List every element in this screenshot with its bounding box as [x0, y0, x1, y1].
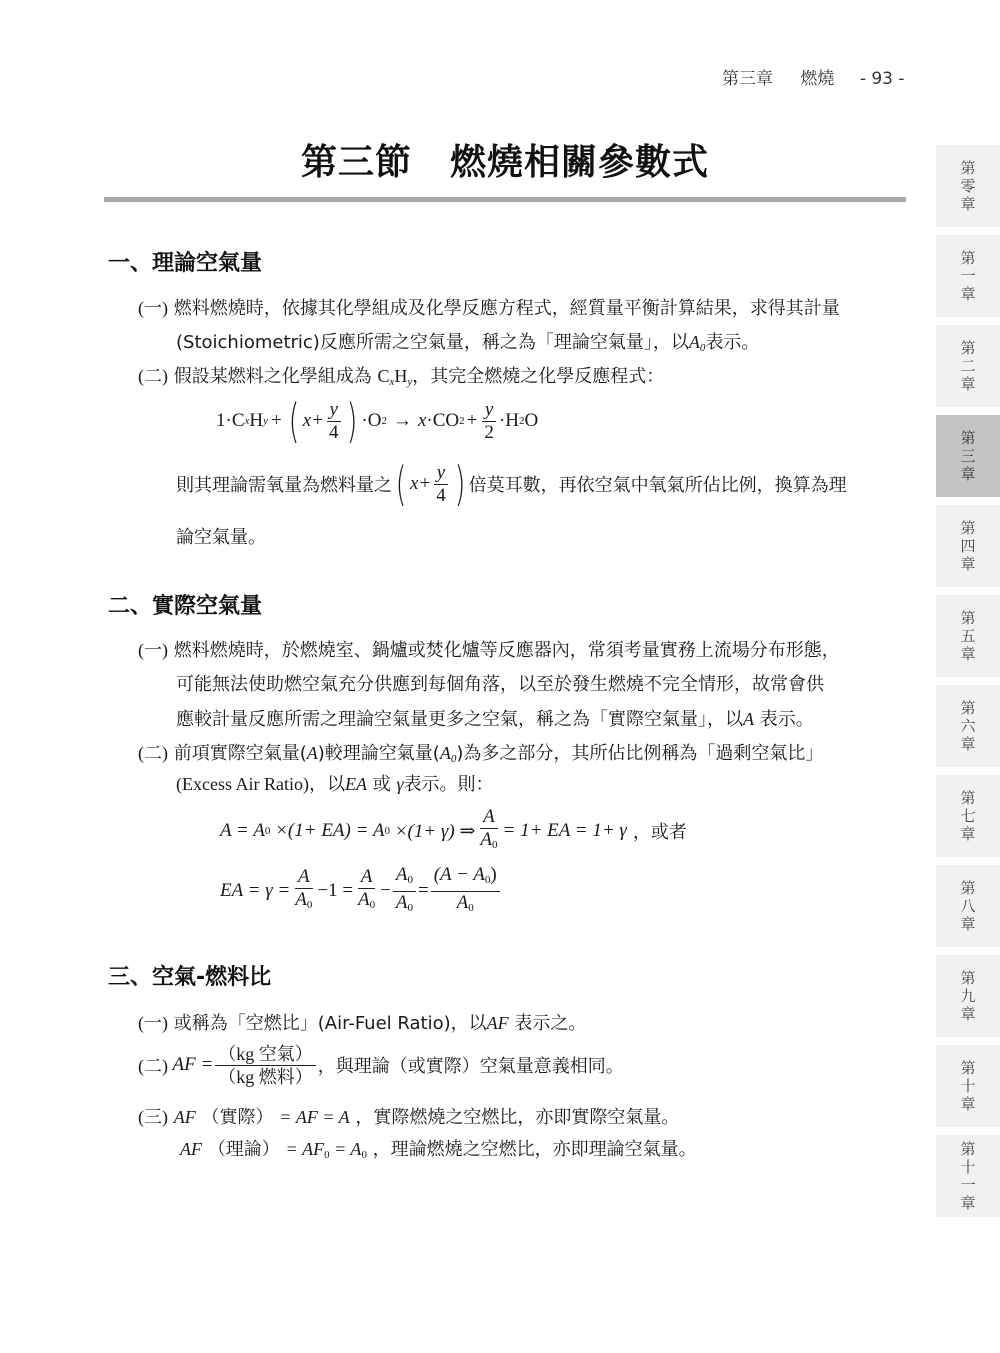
tab-chapter-8[interactable]: 第八章	[936, 865, 1000, 947]
section-number: 第三節	[301, 142, 412, 183]
heading-air-fuel-ratio: 三、空氣-燃料比	[108, 960, 271, 991]
tab-chapter-11[interactable]: 第十一章	[936, 1135, 1000, 1217]
paragraph-2-2-line1: (二) 前項實際空氣量(A)較理論空氣量(A0)為多之部分，其所佔比例稱為「過剩…	[138, 743, 823, 769]
paragraph-3-2: (二) AF = （kg 空氣）（kg 燃料） ，與理論（或實際）空氣量意義相同…	[138, 1038, 624, 1092]
paragraph-2-1-line3: 應較計量反應所需之理論空氣量更多之空氣，稱之為「實際空氣量」，以A 表示。	[176, 709, 814, 730]
left-paren: (	[396, 457, 407, 511]
tab-chapter-3[interactable]: 第三章	[936, 415, 1000, 497]
tab-chapter-1[interactable]: 第一章	[936, 235, 1000, 317]
tab-chapter-2[interactable]: 第二章	[936, 325, 1000, 407]
paragraph-1-2-text-end: 論空氣量。	[176, 528, 266, 548]
right-paren: )	[454, 457, 465, 511]
page-number: - 93 -	[860, 69, 905, 89]
paragraph-2-1-line1: (一) 燃料燃燒時，於燃燒室、鍋爐或焚化爐等反應器內，常須考量實務上流場分布形態…	[138, 640, 840, 661]
tab-chapter-0[interactable]: 第零章	[936, 145, 1000, 227]
fraction-y-over-4: y4	[433, 462, 449, 507]
left-paren: (	[288, 394, 299, 448]
tab-chapter-9[interactable]: 第九章	[936, 955, 1000, 1037]
title-divider	[104, 197, 906, 202]
paragraph-2-2-line2: (Excess Air Ratio)，以EA 或 γ表示。則：	[176, 774, 494, 795]
right-paren: )	[347, 394, 358, 448]
header-chapter: 第三章	[722, 64, 773, 89]
tab-chapter-5[interactable]: 第五章	[936, 595, 1000, 677]
paragraph-1-2-text: 則其理論需氧量為燃料量之 ( x+ y4 ) 倍莫耳數，再依空氣中氧氣所佔比例，…	[176, 456, 847, 512]
tab-chapter-6[interactable]: 第六章	[936, 685, 1000, 767]
paragraph-3-1: (一) 或稱為「空燃比」(Air-Fuel Ratio)，以AF 表示之。	[138, 1013, 586, 1034]
heading-theoretical-air: 一、理論空氣量	[108, 246, 262, 277]
fraction-y-over-2: y2	[481, 399, 497, 444]
header-section: 燃燒	[800, 64, 834, 89]
paragraph-3-3-line2: AF （理論） = AF0 = A0 ，理論燃燒之空燃比，亦即理論空氣量。	[180, 1139, 697, 1165]
combustion-equation: 1· Cx Hy + ( x+ y4 ) ·O2 → x ·CO2 + y2 ·…	[216, 394, 538, 448]
section-name: 燃燒相關參數式	[450, 142, 709, 183]
excess-air-equation-1: A = A0 ×(1+ EA) = A0 ×(1+ γ) ⇒ AA0 = 1+ …	[220, 806, 687, 856]
paragraph-2-1-line2: 可能無法使助燃空氣充分供應到每個角落，以至於發生燃燒不完全情形，故常會供	[176, 675, 824, 695]
tab-chapter-7[interactable]: 第七章	[936, 775, 1000, 857]
fraction-2: AA0	[355, 866, 378, 916]
paragraph-1-1-line2: (Stoichiometric)反應所需之空氣量，稱之為「理論空氣量」，以A0表…	[176, 332, 759, 358]
paragraph-3-3-line1: (三) AF （實際） = AF = A ，實際燃燒之空燃比，亦即實際空氣量。	[138, 1107, 679, 1128]
fraction-A-over-A0: AA0	[477, 806, 500, 856]
heading-actual-air: 二、實際空氣量	[108, 589, 262, 620]
fraction-4: (A − A0)A0	[431, 864, 500, 919]
tab-chapter-4[interactable]: 第四章	[936, 505, 1000, 587]
fraction-3: A0A0	[393, 864, 416, 919]
fraction-kg-air-over-kg-fuel: （kg 空氣）（kg 燃料）	[215, 1043, 316, 1088]
tab-chapter-10[interactable]: 第十章	[936, 1045, 1000, 1127]
paragraph-1-1-line1: (一) 燃料燃燒時，依據其化學組成及化學反應方程式，經質量平衡計算結果，求得其計…	[138, 298, 840, 319]
running-header: 第三章 燃燒 - 93 -	[700, 64, 920, 89]
page-title: 第三節燃燒相關參數式	[0, 134, 1000, 185]
paragraph-1-2-line1: (二) 假設某燃料之化學組成為 CxHy，其完全燃燒之化學反應程式：	[138, 366, 664, 392]
excess-air-equation-2: EA = γ = AA0 −1 = AA0 − A0A0 = (A − A0)A…	[220, 864, 502, 918]
fraction-y-over-4: y4	[326, 399, 342, 444]
fraction-1: AA0	[292, 866, 315, 916]
